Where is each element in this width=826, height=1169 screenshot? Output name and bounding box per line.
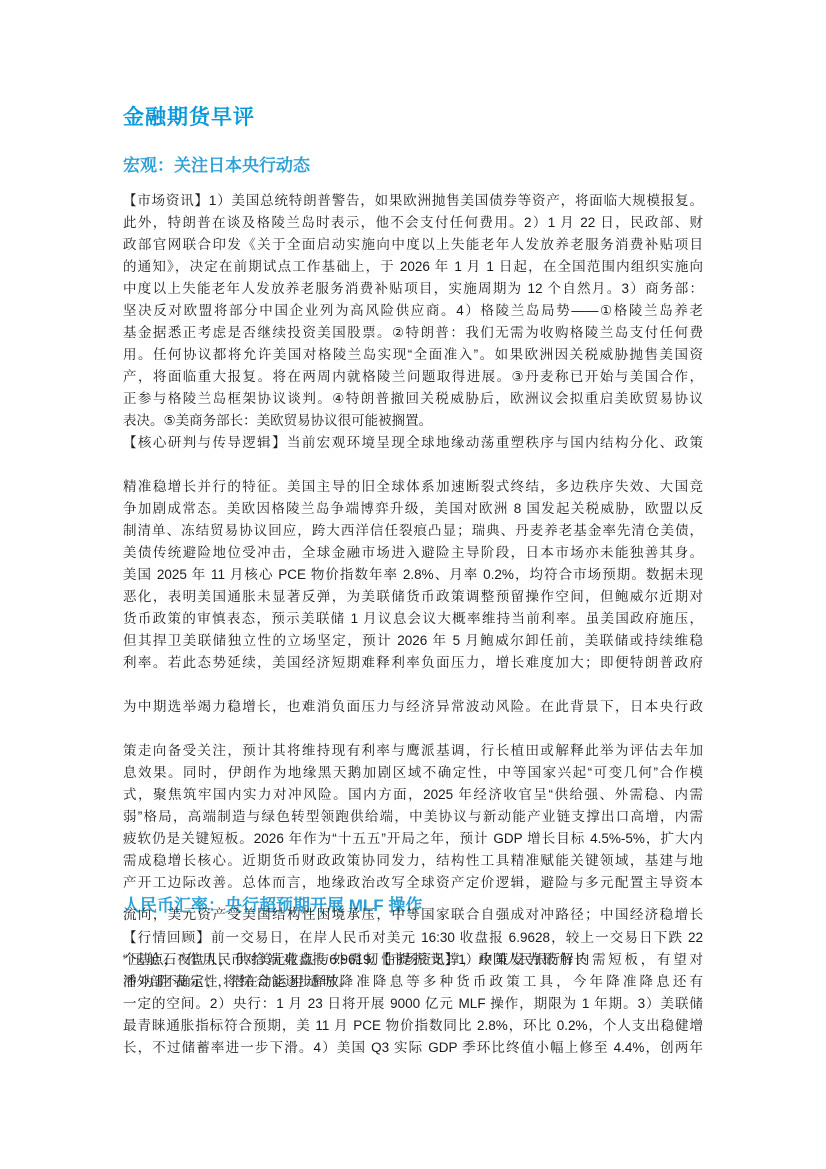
text-line: 正参与格陵兰岛框架协议谈判。④特朗普撤回关税威胁后，欧洲议会拟重启美欧贸易协议 (123, 388, 703, 410)
text-line: 此外，特朗普在谈及格陵兰岛时表示，他不会支付任何费用。2）1 月 22 日，民政… (123, 212, 703, 234)
blank-line (123, 454, 703, 476)
text-line: 争加剧成常态。美欧因格陵兰岛争端博弈升级，美国对欧洲 8 国发起关税威胁，欧盟以… (123, 498, 703, 520)
text-line: 疲软仍是关键短板。2026 年作为“十五五”开局之年，预计 GDP 增长目标 4… (123, 828, 703, 850)
section-heading-rmb: 人民币汇率：央行超预期开展 MLF 操作 (123, 894, 703, 918)
text-line: 表决。⑤美商务部长：美欧贸易协议很可能被搁置。 (123, 410, 703, 432)
text-line: 基金据悉正考虑是否继续投资美国股票。②特朗普：我们无需为收购格陵兰岛支付任何费 (123, 322, 703, 344)
text-line: 为中期选举竭力稳增长，也难消负面压力与经济异常波动风险。在此背景下，日本央行政 (123, 696, 703, 718)
report-content: 金融期货早评 宏观：关注日本央行动态 【市场资讯】1）美国总统特朗普警告，如果欧… (123, 0, 703, 1059)
text-line: 美国 2025 年 11 月核心 PCE 物价指数年率 2.8%、月率 0.2%… (123, 564, 703, 586)
text-line: 需成稳增长核心。近期货币财政政策协同发力，结构性工具精准赋能关键领域，基建与地 (123, 850, 703, 872)
text-line: 利率。若此态势延续，美国经济短期难释利率负面压力，增长难度加大；即便特朗普政府 (123, 652, 703, 674)
text-line: 潘功胜表示，将综合运用适时降准降息等多种货币政策工具，今年降准降息还有 (123, 971, 703, 993)
text-line: 用。任何协议都将允许美国对格陵兰岛实现“全面准入”。如果欧洲因关税威胁抛售美国资 (123, 344, 703, 366)
text-line: 但其捍卫美联储独立性的立场坚定，预计 2026 年 5 月鲍威尔卸任前，美联储或… (123, 630, 703, 652)
text-line: 坚决反对欧盟将部分中国企业列为高风险供应商。4）格陵兰岛局势——①格陵兰岛养老 (123, 300, 703, 322)
text-line: 产，将面临重大报复。将在两周内就格陵兰问题取得进展。③丹麦称已开始与美国合作， (123, 366, 703, 388)
text-line: 弱”格局，高端制造与绿色转型领跑供给端，中美协议与新动能产业链支撑出口高增，内需 (123, 806, 703, 828)
text-line: 精准稳增长并行的特征。美国主导的旧全球体系加速断裂式终结，多边秩序失效、大国竞 (123, 476, 703, 498)
rmb-body-lines: 【行情回顾】前一交易日，在岸人民币对美元 16:30 收盘报 6.9628，较上… (123, 927, 703, 1059)
blank-line (123, 674, 703, 696)
blank-line (123, 718, 703, 740)
text-line: 恶化，表明美国通胀未显著反弹，为美联储货币政策调整预留操作空间，但鲍威尔近期对 (123, 586, 703, 608)
text-line: 长，不过储蓄率进一步下滑。4）美国 Q3 实际 GDP 季环比终值小幅上修至 4… (123, 1037, 703, 1059)
text-line: 个基点，夜盘人民币对美元收盘报 6.9619。【市场资讯】1）中国人民银行行长 (123, 949, 703, 971)
overlap-region: 人民币汇率：央行超预期开展 MLF 操作 【行情回顾】前一交易日，在岸人民币对美… (123, 894, 703, 1059)
text-line: 式，聚焦筑牢国内实力对冲风险。国内方面，2025 年经济收官呈“供给强、外需稳、… (123, 784, 703, 806)
macro-body-lines: 【市场资讯】1）美国总统特朗普警告，如果欧洲抛售美国债券等资产，将面临大规模报复… (123, 190, 703, 894)
text-line: 一定的空间。2）央行：1 月 23 日将开展 9000 亿元 MLF 操作，期限… (123, 993, 703, 1015)
text-line: 美债传统避险地位受冲击，全球金融市场进入避险主导阶段，日本市场亦未能独善其身。 (123, 542, 703, 564)
text-line: 【核心研判与传导逻辑】当前宏观环境呈现全球地缘动荡重塑秩序与国内结构分化、政策 (123, 432, 703, 454)
text-line: 的通知》，决定在前期试点工作基础上，于 2026 年 1 月 1 日起，在全国范… (123, 256, 703, 278)
report-title: 金融期货早评 (123, 0, 703, 132)
text-line: 政部官网联合印发《关于全面启动实施向中度以上失能老年人发放养老服务消费补贴项目 (123, 234, 703, 256)
text-line: 最青睐通胀指标符合预期，美 11 月 PCE 物价指数同比 2.8%，环比 0.… (123, 1015, 703, 1037)
text-line: 【市场资讯】1）美国总统特朗普警告，如果欧洲抛售美国债券等资产，将面临大规模报复… (123, 190, 703, 212)
text-line: 策走向备受关注，预计其将维持现有利率与鹰派基调，行长植田或解释此举为评估去年加 (123, 740, 703, 762)
text-line: 息效果。同时，伊朗作为地缘黑天鹅加剧区域不确定性，中等国家兴起“可变几何”合作模 (123, 762, 703, 784)
section-heading-macro: 宏观：关注日本央行动态 (123, 132, 703, 178)
report-page: 金融期货早评 宏观：关注日本央行动态 【市场资讯】1）美国总统特朗普警告，如果欧… (0, 0, 826, 1169)
text-line: 【行情回顾】前一交易日，在岸人民币对美元 16:30 收盘报 6.9628，较上… (123, 927, 703, 949)
text-line: 制清单、冻结贸易协议回应，跨大西洋信任裂痕凸显；瑞典、丹麦养老基金率先清仓美债， (123, 520, 703, 542)
text-line: 产开工边际改善。总体而言，地缘政治改写全球资产定价逻辑，避险与多元配置主导资本 (123, 872, 703, 894)
text-line: 货币政策的审慎表态，预示美联储 1 月议息会议大概率维持当前利率。虽美国政府施压… (123, 608, 703, 630)
text-line: 中度以上失能老年人发放养老服务消费补贴项目，实施周期为 12 个自然月。3）商务… (123, 278, 703, 300)
